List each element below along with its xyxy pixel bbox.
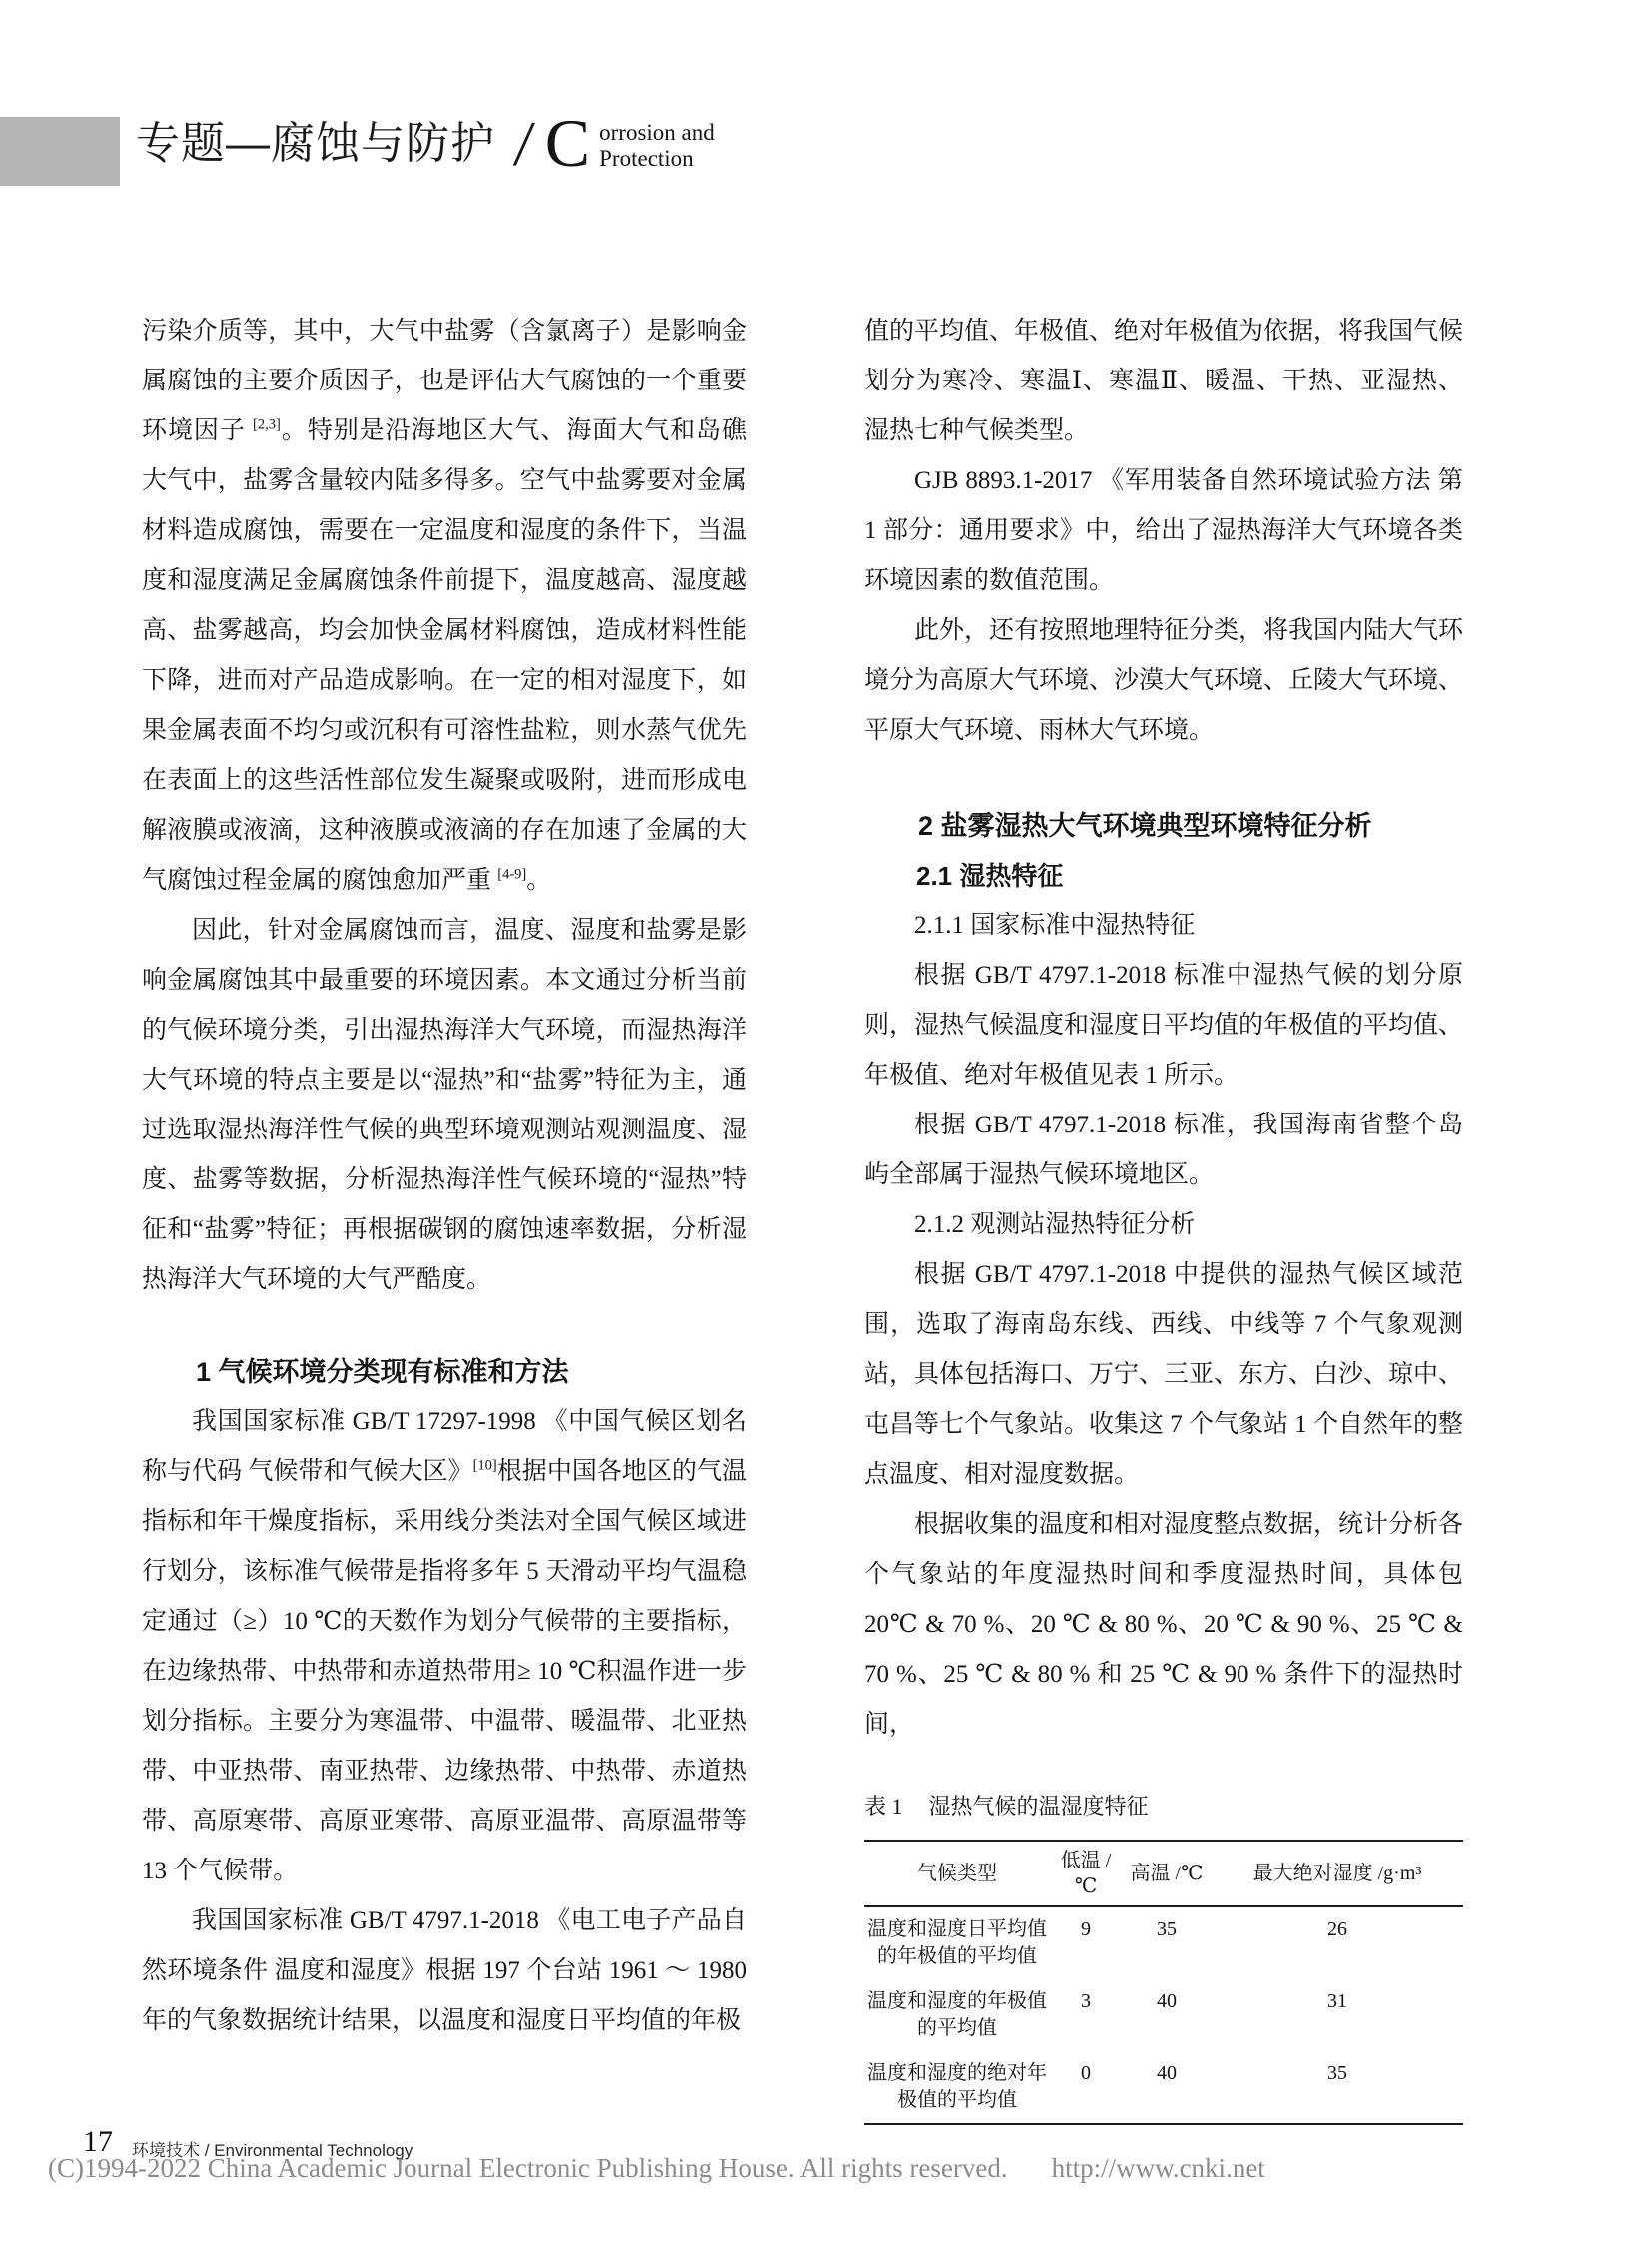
paragraph: 根据收集的温度和相对湿度整点数据，统计分析各个气象站的年度湿热时间和季度湿热时间… — [864, 1500, 1463, 1750]
paragraph: 此外，还有按照地理特征分类，将我国内陆大气环境分为高原大气环境、沙漠大气环境、丘… — [864, 606, 1463, 756]
citation-superscript: [4-9] — [497, 867, 526, 883]
paragraph: 我国国家标准 GB/T 17297-1998 《中国气候区划名称与代码 气候带和… — [142, 1397, 747, 1896]
table-column-header: 气候类型 — [864, 1841, 1050, 1906]
table-caption-text: 湿热气候的温湿度特征 — [929, 1794, 1149, 1819]
right-text-column: 值的平均值、年极值、绝对年极值为依据，将我国气候划分为寒冷、寒温Ⅰ、寒温Ⅱ、暖温… — [864, 307, 1463, 2125]
citation-superscript: [2,3] — [253, 417, 281, 433]
climate-type-line: 的年极值的平均值 — [864, 1943, 1050, 1970]
section-heading: 2.1 湿热特征 — [864, 851, 1463, 901]
section-heading: 2.1.2 观测站湿热特征分析 — [864, 1200, 1463, 1250]
citation-superscript: [10] — [473, 1458, 497, 1474]
section-heading: 2 盐雾湿热大气环境典型环境特征分析 — [864, 801, 1463, 851]
section-heading: 2.1.1 国家标准中湿热特征 — [864, 901, 1463, 951]
paragraph: 污染介质等，其中，大气中盐雾（含氯离子）是影响金属腐蚀的主要介质因子，也是评估大… — [142, 307, 747, 906]
table-1-caption: 表 1湿热气候的温湿度特征 — [864, 1790, 1463, 1824]
left-text-column: 污染介质等，其中，大气中盐雾（含氯离子）是影响金属腐蚀的主要介质因子，也是评估大… — [142, 307, 747, 2046]
paragraph: 根据 GB/T 4797.1-2018 标准，我国海南省整个岛屿全部属于湿热气候… — [864, 1101, 1463, 1200]
table-row: 温度和湿度的年极值的平均值34031 — [864, 1979, 1463, 2051]
table-1-block: 表 1湿热气候的温湿度特征 气候类型低温 /℃高温 /℃最大绝对湿度 /g·m³… — [864, 1790, 1463, 2125]
paragraph: GJB 8893.1-2017 《军用装备自然环境试验方法 第 1 部分：通用要… — [864, 456, 1463, 606]
climate-type-line: 温度和湿度的年极值 — [864, 1988, 1050, 2015]
value-cell: 35 — [1122, 1906, 1212, 1979]
copyright-line: (C)1994-2022 China Academic Journal Elec… — [48, 2153, 1265, 2184]
value-cell: 9 — [1050, 1906, 1122, 1979]
journal-name-line2: Protection — [599, 146, 715, 172]
paragraph: 根据 GB/T 4797.1-2018 标准中湿热气候的划分原则，湿热气候温度和… — [864, 951, 1463, 1101]
paragraph: 值的平均值、年极值、绝对年极值为依据，将我国气候划分为寒冷、寒温Ⅰ、寒温Ⅱ、暖温… — [864, 307, 1463, 456]
climate-type-line: 极值的平均值 — [864, 2087, 1050, 2114]
copyright-text: (C)1994-2022 China Academic Journal Elec… — [48, 2153, 1008, 2183]
value-cell: 26 — [1212, 1906, 1463, 1979]
paragraph: 因此，针对金属腐蚀而言，温度、湿度和盐雾是影响金属腐蚀其中最重要的环境因素。本文… — [142, 906, 747, 1305]
paragraph: 根据 GB/T 4797.1-2018 中提供的湿热气候区域范围，选取了海南岛东… — [864, 1250, 1463, 1500]
journal-name-initial: C — [545, 106, 590, 180]
humid-heat-climate-table: 气候类型低温 /℃高温 /℃最大绝对湿度 /g·m³ 温度和湿度日平均值的年极值… — [864, 1840, 1463, 2125]
paragraph: 我国国家标准 GB/T 4797.1-2018 《电工电子产品自然环境条件 温度… — [142, 1896, 747, 2046]
table-row: 温度和湿度的绝对年极值的平均值04035 — [864, 2051, 1463, 2124]
header-divider-slash: / — [511, 106, 537, 182]
climate-type-line: 温度和湿度的绝对年 — [864, 2060, 1050, 2087]
value-cell: 31 — [1212, 1979, 1463, 2051]
climate-type-cell: 温度和湿度的绝对年极值的平均值 — [864, 2051, 1050, 2124]
journal-name-english: orrosion and Protection — [599, 106, 715, 172]
right-column-paragraphs: 值的平均值、年极值、绝对年极值为依据，将我国气候划分为寒冷、寒温Ⅰ、寒温Ⅱ、暖温… — [864, 307, 1463, 1750]
section-heading: 1 气候环境分类现有标准和方法 — [142, 1347, 747, 1397]
value-cell: 3 — [1050, 1979, 1122, 2051]
table-column-header: 最大绝对湿度 /g·m³ — [1212, 1841, 1463, 1906]
table-column-header: 低温 /℃ — [1050, 1841, 1122, 1906]
climate-type-line: 温度和湿度日平均值 — [864, 1916, 1050, 1943]
table-body: 温度和湿度日平均值的年极值的平均值93526温度和湿度的年极值的平均值34031… — [864, 1906, 1463, 2124]
table-row: 温度和湿度日平均值的年极值的平均值93526 — [864, 1906, 1463, 1979]
header-gray-block — [0, 117, 120, 186]
climate-type-line: 的平均值 — [864, 2015, 1050, 2042]
journal-name-line1: orrosion and — [599, 120, 715, 146]
page-header: 专题—腐蚀与防护 / C orrosion and Protection — [136, 106, 715, 182]
climate-type-cell: 温度和湿度日平均值的年极值的平均值 — [864, 1906, 1050, 1979]
table-column-header: 高温 /℃ — [1122, 1841, 1212, 1906]
cnki-url: http://www.cnki.net — [1052, 2153, 1265, 2183]
value-cell: 40 — [1122, 2051, 1212, 2124]
header-topic-label: 专题—腐蚀与防护 — [136, 106, 495, 182]
value-cell: 35 — [1212, 2051, 1463, 2124]
value-cell: 40 — [1122, 1979, 1212, 2051]
value-cell: 0 — [1050, 2051, 1122, 2124]
table-caption-label: 表 1 — [864, 1794, 903, 1819]
table-header-row: 气候类型低温 /℃高温 /℃最大绝对湿度 /g·m³ — [864, 1841, 1463, 1906]
climate-type-cell: 温度和湿度的年极值的平均值 — [864, 1979, 1050, 2051]
paper-page: 专题—腐蚀与防护 / C orrosion and Protection 污染介… — [0, 0, 1652, 2242]
